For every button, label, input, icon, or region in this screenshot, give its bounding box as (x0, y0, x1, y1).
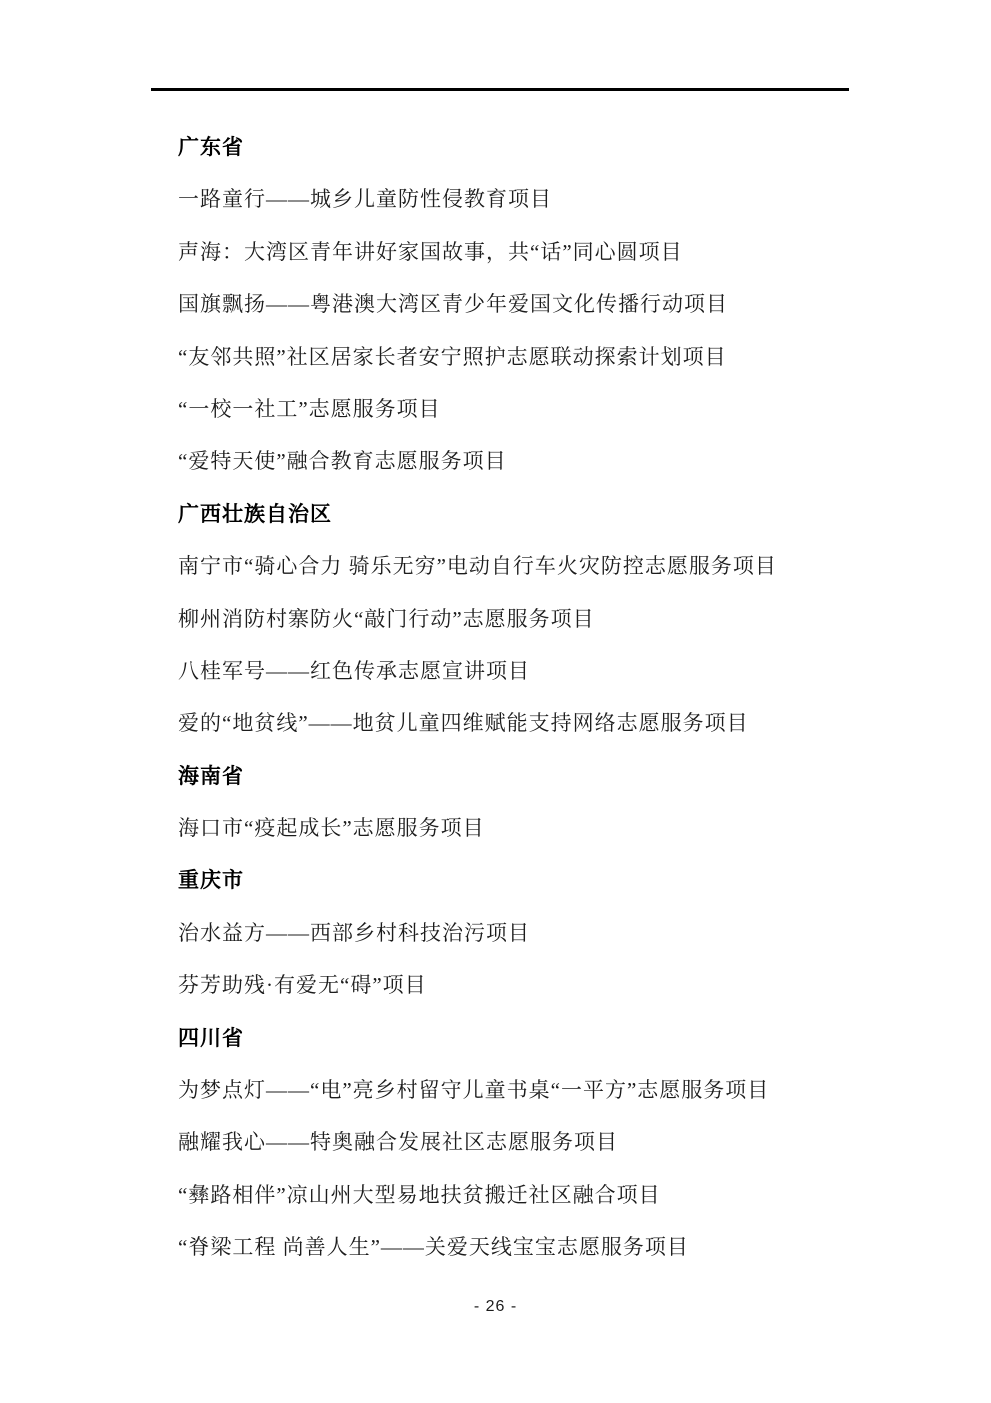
project-item: 南宁市“骑心合力 骑乐无穷”电动自行车火灾防控志愿服务项目 (178, 540, 931, 592)
province-header: 海南省 (178, 750, 931, 802)
project-item: 柳州消防村寨防火“敲门行动”志愿服务项目 (178, 593, 931, 645)
project-item: 融耀我心——特奥融合发展社区志愿服务项目 (178, 1116, 931, 1168)
project-item: 声海：大湾区青年讲好家国故事，共“话”同心圆项目 (178, 226, 931, 278)
province-header: 广西壮族自治区 (178, 488, 931, 540)
project-item: 治水益方——西部乡村科技治污项目 (178, 907, 931, 959)
page-number: - 26 - (0, 1298, 991, 1316)
project-item: 八桂军号——红色传承志愿宣讲项目 (178, 645, 931, 697)
project-item: 国旗飘扬——粤港澳大湾区青少年爱国文化传播行动项目 (178, 278, 931, 330)
project-item: “一校一社工”志愿服务项目 (178, 383, 931, 435)
province-header: 广东省 (178, 121, 931, 173)
document-page: 广东省一路童行——城乡儿童防性侵教育项目声海：大湾区青年讲好家国故事，共“话”同… (0, 0, 991, 1403)
province-header: 四川省 (178, 1012, 931, 1064)
document-body: 广东省一路童行——城乡儿童防性侵教育项目声海：大湾区青年讲好家国故事，共“话”同… (178, 121, 931, 1274)
project-item: “友邻共照”社区居家长者安宁照护志愿联动探索计划项目 (178, 331, 931, 383)
project-item: “爱特天使”融合教育志愿服务项目 (178, 435, 931, 487)
project-item: 爱的“地贫线”——地贫儿童四维赋能支持网络志愿服务项目 (178, 697, 931, 749)
project-item: 为梦点灯——“电”亮乡村留守儿童书桌“一平方”志愿服务项目 (178, 1064, 931, 1116)
project-item: “彝路相伴”凉山州大型易地扶贫搬迁社区融合项目 (178, 1169, 931, 1221)
project-item: 芬芳助残·有爱无“碍”项目 (178, 959, 931, 1011)
project-item: “脊梁工程 尚善人生”——关爱天线宝宝志愿服务项目 (178, 1221, 931, 1273)
project-item: 一路童行——城乡儿童防性侵教育项目 (178, 173, 931, 225)
province-header: 重庆市 (178, 854, 931, 906)
project-item: 海口市“疫起成长”志愿服务项目 (178, 802, 931, 854)
header-rule (151, 88, 849, 91)
